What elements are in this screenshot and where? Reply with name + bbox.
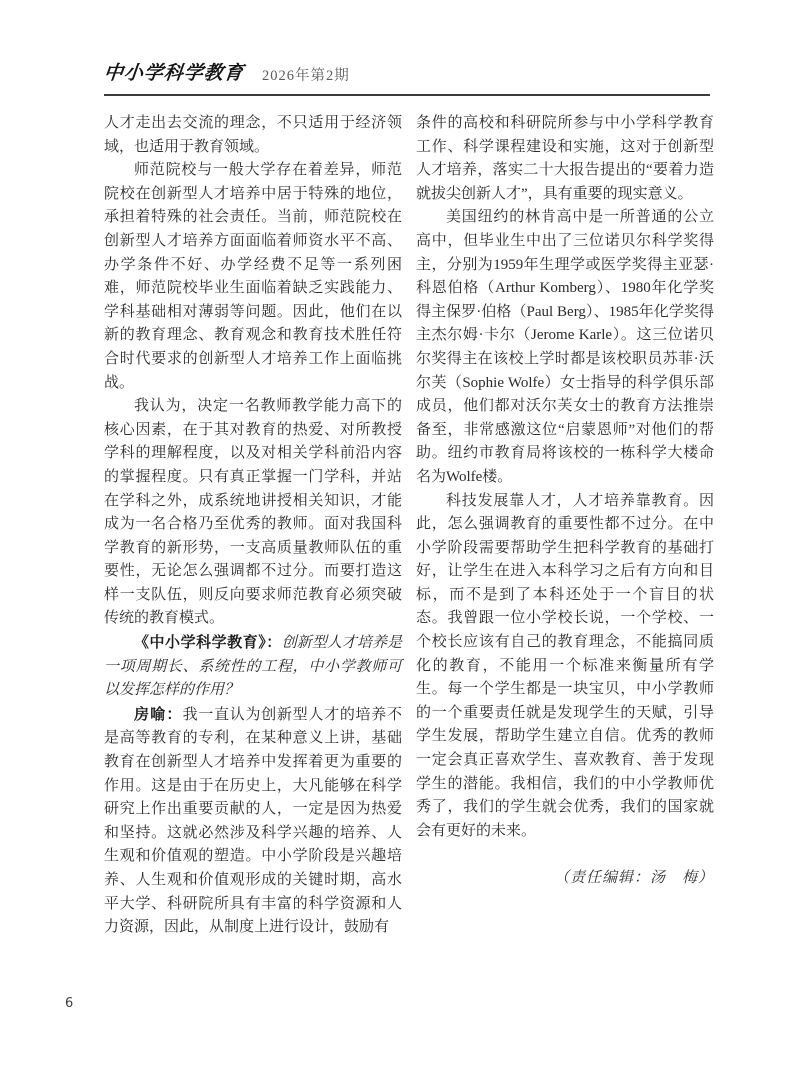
paragraph: 美国纽约的林肯高中是一所普通的公立高中，但毕业生中出了三位诺贝尔科学奖得主，分别… (416, 206, 714, 489)
paragraph: 科技发展靠人才，人才培养靠教育。因此，怎么强调教育的重要性都不过分。在中小学阶段… (416, 490, 714, 844)
interview-question: 《中小学科学教育》：创新型人才培养是一项周期长、系统性的工程，中小学教师可以发挥… (104, 631, 402, 703)
left-column: 人才走出去交流的理念，不只适用于经济领域，也适用于教育领域。 师范院校与一般大学… (104, 112, 402, 940)
paragraph: 师范院校与一般大学存在着差异，师范院校在创新型人才培养中居于特殊的地位，承担着特… (104, 159, 402, 395)
journal-page: 中小学科学教育 2026年第2期 人才走出去交流的理念，不只适用于经济领域，也适… (0, 0, 800, 1077)
page-header: 中小学科学教育 2026年第2期 (104, 58, 350, 85)
editor-note: （责任编辑：汤 梅） (416, 867, 714, 891)
question-source-label: 《中小学科学教育》： (134, 633, 282, 651)
paragraph-continuation: 人才走出去交流的理念，不只适用于经济领域，也适用于教育领域。 (104, 112, 402, 159)
issue-label: 2026年第2期 (262, 64, 350, 85)
answer-speaker-label: 房喻： (134, 705, 183, 723)
right-column: 条件的高校和科研院所参与中小学科学教育工作、科学课程建设和实施，这对于创新型人才… (416, 112, 714, 940)
answer-text: 我一直认为创新型人才的培养不是高等教育的专利，在某种意义上讲，基础教育在创新型人… (104, 707, 402, 935)
paragraph-continuation: 条件的高校和科研院所参与中小学科学教育工作、科学课程建设和实施，这对于创新型人才… (416, 112, 714, 206)
header-rule (104, 94, 710, 96)
page-number: 6 (65, 996, 73, 1011)
interview-answer: 房喻：我一直认为创新型人才的培养不是高等教育的专利，在某种意义上讲，基础教育在创… (104, 703, 402, 940)
paragraph: 我认为，决定一名教师教学能力高下的核心因素，在于其对教育的热爱、对所教授学科的理… (104, 395, 402, 631)
article-body: 人才走出去交流的理念，不只适用于经济领域，也适用于教育领域。 师范院校与一般大学… (104, 112, 714, 940)
journal-logo: 中小学科学教育 (103, 58, 246, 85)
